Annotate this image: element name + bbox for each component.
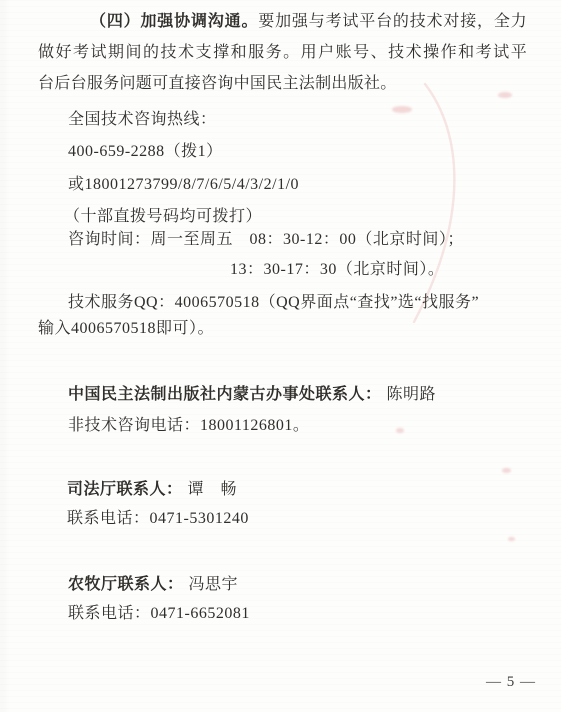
page-number: — 5 — bbox=[486, 671, 536, 693]
section4-heading: （四）加强协调沟通。 bbox=[90, 13, 258, 30]
justice-phone-line: 联系电话：0471-5301240 bbox=[67, 503, 249, 534]
ink-smudge bbox=[502, 468, 511, 473]
hotline-alt-numbers-line: 或18001273799/8/7/6/5/4/3/2/1/0 bbox=[68, 169, 299, 200]
agriculture-contact-label: 农牧厅联系人： bbox=[68, 576, 184, 593]
ink-smudge bbox=[392, 106, 412, 113]
section4-line1-text: 要加强与考试平台的技术对接，全力 bbox=[258, 13, 527, 30]
section4-line1: （四）加强协调沟通。要加强与考试平台的技术对接，全力 bbox=[38, 6, 527, 37]
section4-line3: 台后台服务问题可直接咨询中国民主法制出版社。 bbox=[38, 68, 527, 99]
publisher-phone-line: 非技术咨询电话：18001126801。 bbox=[68, 410, 309, 441]
hotline-title-line: 全国技术咨询热线： bbox=[68, 104, 217, 135]
agriculture-phone-line: 联系电话：0471-6652081 bbox=[68, 598, 250, 629]
hotline-hours-line-1: 咨询时间：周一至周五 08：30-12：00（北京时间）； bbox=[68, 224, 464, 255]
publisher-contact-name: 陈明路 bbox=[387, 386, 437, 403]
justice-contact-name: 谭 畅 bbox=[188, 481, 238, 498]
ink-smudge bbox=[396, 428, 404, 433]
publisher-contact-line: 中国民主法制出版社内蒙古办事处联系人：陈明路 bbox=[68, 379, 436, 410]
publisher-contact-label: 中国民主法制出版社内蒙古办事处联系人： bbox=[68, 386, 382, 403]
agriculture-contact-line: 农牧厅联系人：冯思宇 bbox=[68, 569, 238, 600]
ink-smudge bbox=[508, 537, 515, 541]
hotline-main-number-line: 400-659-2288（拨1） bbox=[68, 136, 223, 167]
section4-line2: 做好考试期间的技术支撑和服务。用户账号、技术操作和考试平 bbox=[38, 37, 527, 68]
justice-contact-line: 司法厅联系人：谭 畅 bbox=[67, 474, 237, 505]
hotline-hours-line-2: 13：30-17：30（北京时间）。 bbox=[230, 254, 444, 285]
scanned-document-page: { "page": { "number_label": "— 5 —", "ba… bbox=[0, 0, 561, 712]
justice-contact-label: 司法厅联系人： bbox=[67, 481, 183, 498]
qq-service-line-2: 输入4006570518即可）。 bbox=[38, 313, 214, 344]
agriculture-contact-name: 冯思宇 bbox=[189, 576, 239, 593]
